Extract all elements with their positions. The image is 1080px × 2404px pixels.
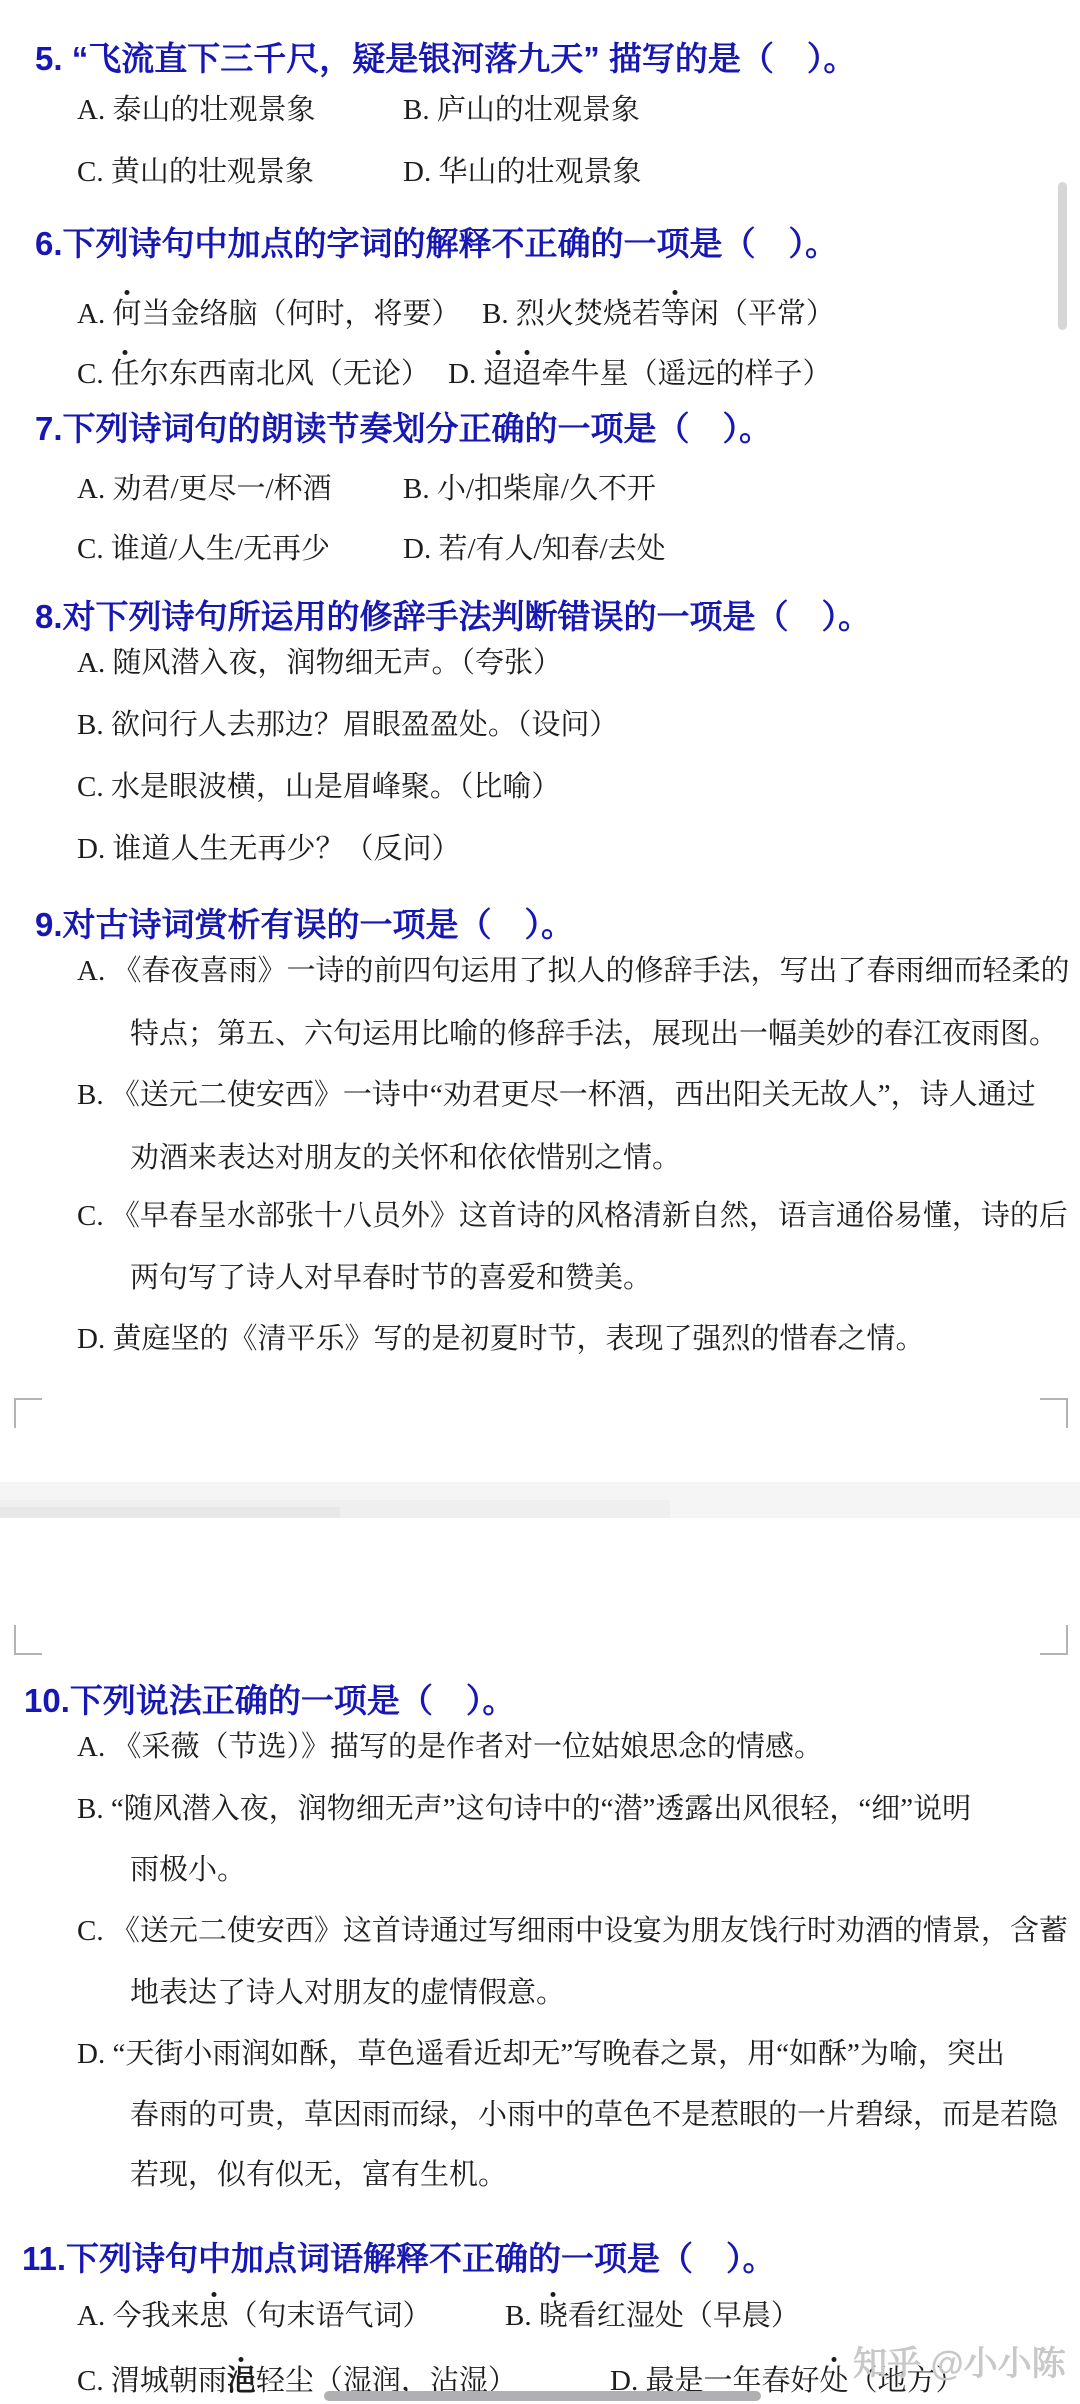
vertical-scrollbar-thumb[interactable]	[1058, 182, 1067, 330]
q6-option-c: C. 任尔东西南北风（无论）	[77, 358, 430, 391]
q8-option-a: A. 随风潜入夜，润物细无声。（夸张）	[77, 647, 562, 680]
q10-option-b-line2: 雨极小。	[130, 1854, 246, 1887]
q10-option-d-line1: D. “天街小雨润如酥，草色遥看近却无”写晚春之景，用“如酥”为喻，突出	[77, 2038, 1005, 2071]
q5-option-a: A. 泰山的壮观景象	[77, 94, 315, 127]
zhihu-watermark: 知乎 @小小陈	[853, 2336, 1066, 2385]
q5-option-c: C. 黄山的壮观景象	[77, 156, 314, 189]
q9-option-a-line2: 特点；第五、六句运用比喻的修辞手法，展现出一幅美妙的春江夜雨图。	[130, 1018, 1058, 1051]
question-6-title: 6.下列诗句中加点的字词的解释不正确的一项是（ ）。	[35, 225, 838, 263]
q9-option-a-line1: A. 《春夜喜雨》一诗的前四句运用了拟人的修辞手法，写出了春雨细而轻柔的	[77, 955, 1069, 988]
q7-option-a: A. 劝君/更尽一/杯酒	[77, 473, 332, 506]
q6-option-a: A. 何当金络脑（何时，将要）	[77, 298, 460, 331]
question-8-title: 8.对下列诗句所运用的修辞手法判断错误的一项是（ ）。	[35, 598, 871, 636]
q10-option-c-line1: C. 《送元二使安西》这首诗通过写细雨中设宴为朋友饯行时劝酒的情景，含蓄	[77, 1915, 1068, 1948]
q9-option-c-line2: 两句写了诗人对早春时节的喜爱和赞美。	[130, 1262, 652, 1295]
q11-option-b: B. 晓看红湿处（早晨）	[505, 2300, 800, 2333]
page-gap-band-shade-dark	[0, 1507, 340, 1518]
page1-bottom-right-mark	[1040, 1398, 1068, 1428]
q9-option-c-line1: C. 《早春呈水部张十八员外》这首诗的风格清新自然，语言通俗易懂，诗的后	[77, 1200, 1068, 1233]
q6-option-d: D. 迢迢牵牛星（遥远的样子）	[448, 358, 832, 391]
q6-option-b: B. 烈火焚烧若等闲（平常）	[482, 298, 835, 331]
q8-option-d: D. 谁道人生无再少？（反问）	[77, 833, 460, 866]
q10-option-c-line2: 地表达了诗人对朋友的虚情假意。	[130, 1977, 565, 2010]
q9-option-b-line2: 劝酒来表达对朋友的关怀和依依惜别之情。	[130, 1142, 681, 1175]
q8-option-b: B. 欲问行人去那边？眉眼盈盈处。（设问）	[77, 709, 618, 742]
question-5-title: 5. “飞流直下三千尺，疑是银河落九天” 描写的是（ ）。	[35, 40, 856, 78]
q9-option-d: D. 黄庭坚的《清平乐》写的是初夏时节，表现了强烈的惜春之情。	[77, 1323, 924, 1356]
question-10-title: 10.下列说法正确的一项是（ ）。	[24, 1682, 515, 1720]
q11-option-a: A. 今我来思（句末语气词）	[77, 2300, 431, 2333]
page1-bottom-left-mark	[14, 1398, 42, 1428]
question-9-title: 9.对古诗词赏析有误的一项是（ ）。	[35, 906, 574, 944]
horizontal-scroll-indicator[interactable]	[324, 2391, 761, 2401]
q10-option-b-line1: B. “随风潜入夜，润物细无声”这句诗中的“潜”透露出风很轻，“细”说明	[77, 1793, 971, 1826]
q7-option-c: C. 谁道/人生/无再少	[77, 533, 330, 566]
q8-option-c: C. 水是眼波横，山是眉峰聚。（比喻）	[77, 771, 560, 804]
question-11-title: 11.下列诗句中加点词语解释不正确的一项是（ ）。	[22, 2240, 776, 2278]
q7-option-b: B. 小/扣柴扉/久不开	[403, 473, 656, 506]
page2-top-left-mark	[14, 1625, 42, 1655]
q5-option-d: D. 华山的壮观景象	[403, 156, 641, 189]
q7-option-d: D. 若/有人/知春/去处	[403, 533, 666, 566]
q9-option-b-line1: B. 《送元二使安西》一诗中“劝君更尽一杯酒，西出阳关无故人”，诗人通过	[77, 1079, 1036, 1112]
page2-top-right-mark	[1040, 1625, 1068, 1655]
question-7-title: 7.下列诗词句的朗读节奏划分正确的一项是（ ）。	[35, 410, 772, 448]
document-page: 5. “飞流直下三千尺，疑是银河落九天” 描写的是（ ）。 A. 泰山的壮观景象…	[0, 0, 1080, 2404]
q10-option-d-line3: 若现，似有似无，富有生机。	[130, 2159, 507, 2192]
q10-option-a: A. 《采薇（节选）》描写的是作者对一位姑娘思念的情感。	[77, 1731, 823, 1764]
q10-option-d-line2: 春雨的可贵，草因雨而绿，小雨中的草色不是惹眼的一片碧绿，而是若隐	[130, 2099, 1058, 2132]
q5-option-b: B. 庐山的壮观景象	[403, 94, 640, 127]
